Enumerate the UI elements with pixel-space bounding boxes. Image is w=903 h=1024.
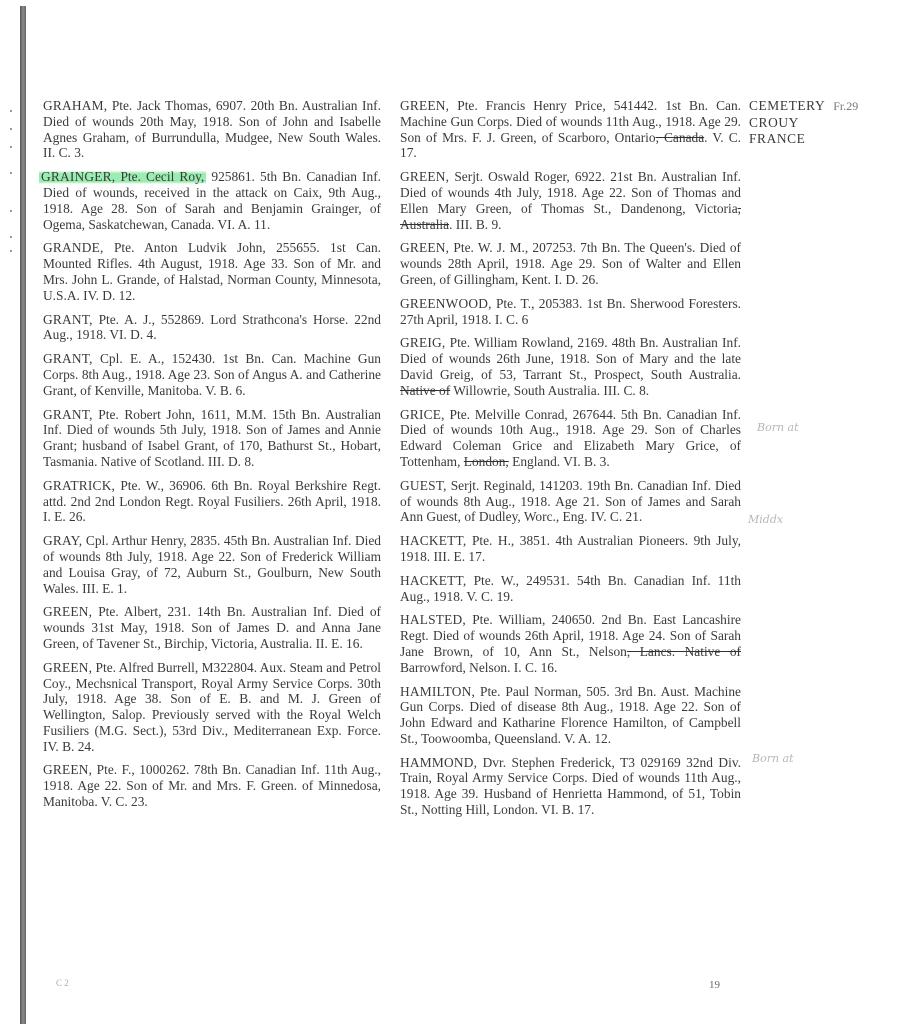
struck-text: Native of bbox=[400, 383, 450, 398]
entry-surname: GREEN, bbox=[43, 604, 92, 619]
entry-text: Pte. Alfred Burrell, M322804. Aux. Steam… bbox=[43, 660, 381, 754]
entry-surname: GRAY, bbox=[43, 533, 82, 548]
entry-graham: GRAHAM, Pte. Jack Thomas, 6907. 20th Bn.… bbox=[43, 98, 381, 161]
left-column: GRAHAM, Pte. Jack Thomas, 6907. 20th Bn.… bbox=[43, 98, 381, 818]
entry-surname: GRANT, bbox=[43, 351, 93, 366]
entry-surname: HACKETT, bbox=[400, 533, 466, 548]
margin-dots bbox=[8, 110, 14, 270]
entry-halsted: HALSTED, Pte. William, 240650. 2nd Bn. E… bbox=[400, 612, 741, 675]
entry-text-after: England. VI. B. 3. bbox=[509, 454, 610, 469]
entry-green-wjm: GREEN, Pte. W. J. M., 207253. 7th Bn. Th… bbox=[400, 240, 741, 287]
entry-surname: GREENWOOD, bbox=[400, 296, 492, 311]
entry-surname: GRAINGER, bbox=[41, 169, 115, 184]
right-column: GREEN, Pte. Francis Henry Price, 541442.… bbox=[400, 98, 741, 826]
entry-greig: GREIG, Pte. William Rowland, 2169. 48th … bbox=[400, 335, 741, 398]
handwritten-note-grice: Middx bbox=[748, 513, 783, 526]
entry-surname: GRAHAM, bbox=[43, 98, 107, 113]
header-line-1: CEMETERY bbox=[749, 98, 825, 113]
entry-guest: GUEST, Serjt. Reginald, 141203. 19th Bn.… bbox=[400, 478, 741, 525]
header-line-3: FRANCE bbox=[749, 131, 858, 147]
highlighted-given-name: Pte. Cecil Roy, bbox=[115, 169, 204, 184]
entry-surname: GREEN, bbox=[400, 98, 449, 113]
entry-grande: GRANDE, Pte. Anton Ludvik John, 255655. … bbox=[43, 240, 381, 303]
entry-text: Serjt. Reginald, 141203. 19th Bn. Canadi… bbox=[400, 478, 741, 525]
entry-text-after: . III. B. 9. bbox=[449, 217, 501, 232]
entry-surname: HAMILTON, bbox=[400, 684, 475, 699]
entry-gratrick: GRATRICK, Pte. W., 36906. 6th Bn. Royal … bbox=[43, 478, 381, 525]
page-number: 19 bbox=[709, 979, 720, 991]
entry-surname: GRANT, bbox=[43, 407, 93, 422]
cemetery-header: CEMETERYFr.29 CROUY FRANCE bbox=[749, 98, 858, 146]
handwritten-note-greig: Born at bbox=[757, 421, 799, 434]
entry-grant-robert: GRANT, Pte. Robert John, 1611, M.M. 15th… bbox=[43, 407, 381, 470]
entry-grant-aj: GRANT, Pte. A. J., 552869. Lord Strathco… bbox=[43, 312, 381, 344]
entry-text: Cpl. E. A., 152430. 1st Bn. Can. Machine… bbox=[43, 351, 381, 398]
page-binding-edge bbox=[20, 6, 26, 1024]
entry-surname: GRANDE, bbox=[43, 240, 104, 255]
entry-text-after: Barrowford, Nelson. I. C. 16. bbox=[400, 660, 557, 675]
entry-green-oswald: GREEN, Serjt. Oswald Roger, 6922. 21st B… bbox=[400, 169, 741, 232]
entry-surname: HALSTED, bbox=[400, 612, 466, 627]
struck-text: London, bbox=[464, 454, 509, 469]
highlighted-name: GRAINGER, Pte. Cecil Roy, bbox=[39, 169, 206, 184]
entry-text: Pte. A. J., 552869. Lord Strathcona's Ho… bbox=[43, 312, 381, 343]
entry-surname: GRATRICK, bbox=[43, 478, 115, 493]
handwritten-ref: Fr.29 bbox=[833, 99, 858, 113]
entry-green-albert: GREEN, Pte. Albert, 231. 14th Bn. Austra… bbox=[43, 604, 381, 651]
entry-hackett-w: HACKETT, Pte. W., 249531. 54th Bn. Canad… bbox=[400, 573, 741, 605]
entry-surname: GREEN, bbox=[43, 660, 92, 675]
header-line-2: CROUY bbox=[749, 115, 858, 131]
entry-gray: GRAY, Cpl. Arthur Henry, 2835. 45th Bn. … bbox=[43, 533, 381, 596]
entry-text: Pte. Albert, 231. 14th Bn. Australian In… bbox=[43, 604, 381, 651]
entry-green-f: GREEN, Pte. F., 1000262. 78th Bn. Canadi… bbox=[43, 762, 381, 809]
entry-text-after: Willowrie, South Australia. III. C. 8. bbox=[450, 383, 649, 398]
entry-surname: GREEN, bbox=[43, 762, 92, 777]
entry-grice: GRICE, Pte. Melville Conrad, 267644. 5th… bbox=[400, 407, 741, 470]
entry-hammond: HAMMOND, Dvr. Stephen Frederick, T3 0291… bbox=[400, 755, 741, 818]
entry-hackett-h: HACKETT, Pte. H., 3851. 4th Australian P… bbox=[400, 533, 741, 565]
entry-surname: GREEN, bbox=[400, 169, 449, 184]
entry-text: Serjt. Oswald Roger, 6922. 21st Bn. Aust… bbox=[400, 169, 741, 216]
entry-text: Cpl. Arthur Henry, 2835. 45th Bn. Austra… bbox=[43, 533, 381, 595]
entry-text: Pte. F., 1000262. 78th Bn. Canadian Inf.… bbox=[43, 762, 381, 809]
entry-green-alfred: GREEN, Pte. Alfred Burrell, M322804. Aux… bbox=[43, 660, 381, 755]
entry-hamilton: HAMILTON, Pte. Paul Norman, 505. 3rd Bn.… bbox=[400, 684, 741, 747]
struck-text: , Lancs. Native of bbox=[627, 644, 741, 659]
entry-greenwood: GREENWOOD, Pte. T., 205383. 1st Bn. Sher… bbox=[400, 296, 741, 328]
handwritten-note-halsted: Born at bbox=[752, 752, 794, 765]
entry-surname: GREIG, bbox=[400, 335, 445, 350]
struck-text: , Canada bbox=[656, 130, 705, 145]
signature-mark: C 2 bbox=[56, 978, 69, 988]
entry-green-francis: GREEN, Pte. Francis Henry Price, 541442.… bbox=[400, 98, 741, 161]
entry-grant-ea: GRANT, Cpl. E. A., 152430. 1st Bn. Can. … bbox=[43, 351, 381, 398]
entry-text: Pte. W. J. M., 207253. 7th Bn. The Queen… bbox=[400, 240, 741, 287]
entry-surname: HACKETT, bbox=[400, 573, 466, 588]
entry-surname: GUEST, bbox=[400, 478, 447, 493]
entry-surname: GRANT, bbox=[43, 312, 93, 327]
entry-text: Pte. Robert John, 1611, M.M. 15th Bn. Au… bbox=[43, 407, 381, 469]
entry-surname: GRICE, bbox=[400, 407, 445, 422]
entry-surname: HAMMOND, bbox=[400, 755, 477, 770]
entry-text: Pte. William Rowland, 2169. 48th Bn. Aus… bbox=[400, 335, 741, 382]
entry-grainger: GRAINGER, Pte. Cecil Roy, 925861. 5th Bn… bbox=[43, 169, 381, 232]
entry-surname: GREEN, bbox=[400, 240, 449, 255]
